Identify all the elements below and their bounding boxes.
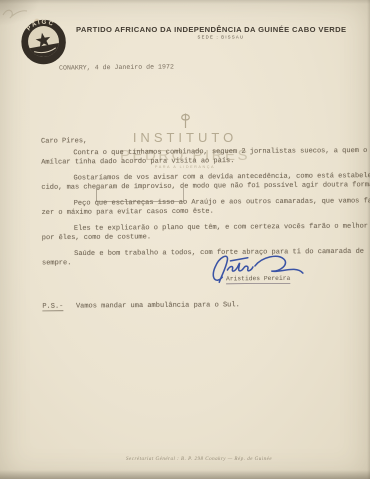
date-line: CONAKRY, 4 de Janeiro de 1972 — [59, 64, 174, 72]
paragraph-line: por êles, como de costume. — [42, 231, 370, 243]
postscript: P.S.-Vamos mandar uma ambulância para o … — [42, 300, 370, 312]
salutation: Caro Pires, — [41, 134, 370, 146]
seat-line: SEDE : BISSAU — [76, 35, 366, 40]
postscript-text: Vamos mandar uma ambulância para o Sul. — [76, 301, 240, 310]
party-name: PARTIDO AFRICANO DA INDEPENDÊNCIA DA GUI… — [76, 26, 365, 34]
footer-imprint: Secrétariat Général : B. P. 298 Conakry … — [126, 456, 272, 462]
paragraph-line: Amílcar tinha dado acordo para visita ao… — [41, 156, 370, 168]
institute-monogram-icon — [178, 112, 193, 129]
pencil-annotation-box — [96, 188, 184, 202]
letterhead: PARTIDO AFRICANO DA INDEPENDÊNCIA DA GUI… — [76, 26, 366, 46]
scanned-letter-page: PAIGC PARTIDO AFRICANO DA INDEPENDÊNCIA … — [0, 0, 370, 479]
scan-edge-shadow — [0, 0, 370, 4]
paragraph: Eles te explicarão o plano que têm, e co… — [42, 222, 370, 244]
scan-edge-shadow — [0, 470, 370, 479]
paragraph-line: zer o máximo para evitar casos como êste… — [42, 206, 370, 218]
paragraph-line: cido, mas chegaram de improviso, de modo… — [41, 181, 370, 193]
paragraph: Gostaríamos de vos avisar com a devida a… — [41, 171, 370, 193]
paigc-emblem: PAIGC — [16, 14, 70, 68]
signatory-name: Aristides Pereira — [226, 275, 290, 284]
paragraph: Contra o que tínhamos combinado, seguem … — [41, 146, 370, 168]
paragraph: Peço que esclareças isso ao Araújo e aos… — [41, 197, 370, 219]
postscript-label: P.S.- — [42, 303, 63, 312]
footer: Secrétariat Général : B. P. 298 Conakry … — [0, 451, 370, 469]
